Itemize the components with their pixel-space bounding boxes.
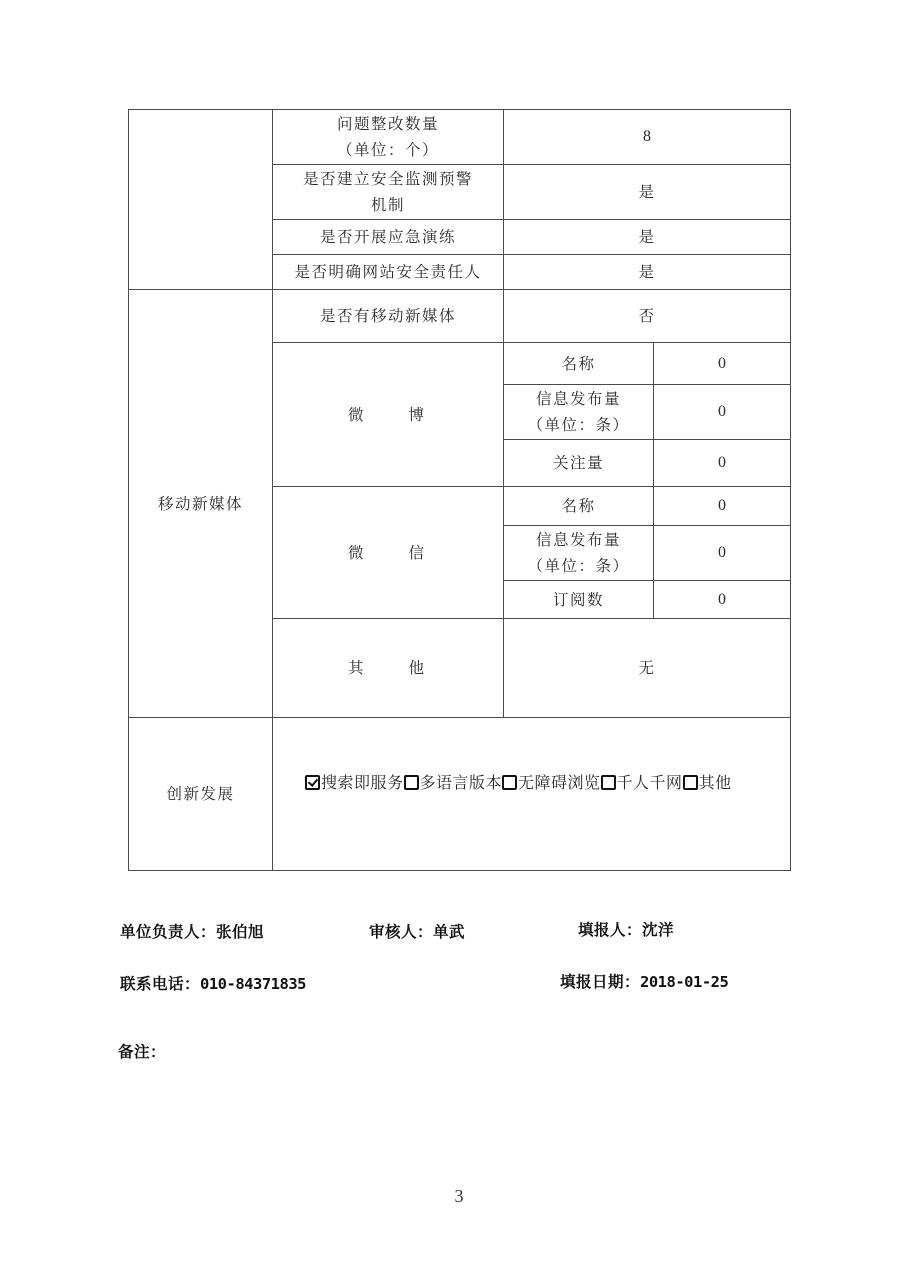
security-officer-label: 是否明确网站安全责任人 — [273, 255, 504, 290]
weibo-posts-value: 0 — [654, 385, 791, 440]
option-accessibility[interactable]: 无障碍浏览 — [502, 770, 601, 796]
mobile-media-category-cell: 移动新媒体 — [129, 290, 273, 718]
emergency-drill-label: 是否开展应急演练 — [273, 220, 504, 255]
weibo-name-value: 0 — [654, 343, 791, 385]
reviewer: 审核人：单武 — [369, 920, 465, 942]
contact-phone: 联系电话：010-84371835 — [120, 972, 306, 994]
option-personalized[interactable]: 千人千网 — [601, 770, 683, 796]
security-officer-value: 是 — [504, 255, 791, 290]
wechat-name-label: 名称 — [504, 487, 654, 526]
wechat-posts-value: 0 — [654, 526, 791, 581]
unit-head: 单位负责人：张伯旭 — [120, 920, 264, 942]
emergency-drill-value: 是 — [504, 220, 791, 255]
wechat-subscribers-label: 订阅数 — [504, 581, 654, 619]
weibo-followers-label: 关注量 — [504, 440, 654, 487]
table-row-issue-fix-count: 问题整改数量 （单位：个） 8 — [129, 110, 791, 165]
has-mobile-media-value: 否 — [504, 290, 791, 343]
checkbox-empty-icon[interactable] — [502, 775, 517, 790]
weibo-posts-label: 信息发布量 （单位：条） — [504, 385, 654, 440]
checkbox-empty-icon[interactable] — [404, 775, 419, 790]
weibo-label: 微 博 — [273, 343, 504, 487]
has-mobile-media-label: 是否有移动新媒体 — [273, 290, 504, 343]
page-number: 3 — [0, 1186, 900, 1207]
checkbox-empty-icon[interactable] — [601, 775, 616, 790]
table-row-innovation: 创新发展 搜索即服务多语言版本无障碍浏览千人千网其他 — [129, 718, 791, 871]
issue-fix-count-value: 8 — [504, 110, 791, 165]
wechat-subscribers-value: 0 — [654, 581, 791, 619]
security-monitoring-value: 是 — [504, 165, 791, 220]
innovation-options: 搜索即服务多语言版本无障碍浏览千人千网其他 — [273, 718, 791, 871]
filler: 填报人：沈洋 — [578, 918, 674, 940]
security-monitoring-label: 是否建立安全监测预警 机制 — [273, 165, 504, 220]
document-page: 问题整改数量 （单位：个） 8 是否建立安全监测预警 机制 是 是否开展应急演练… — [0, 0, 900, 1272]
option-multilingual[interactable]: 多语言版本 — [404, 770, 503, 796]
report-table: 问题整改数量 （单位：个） 8 是否建立安全监测预警 机制 是 是否开展应急演练… — [128, 109, 791, 871]
innovation-category-cell: 创新发展 — [129, 718, 273, 871]
other-media-value: 无 — [504, 619, 791, 718]
weibo-followers-value: 0 — [654, 440, 791, 487]
option-other[interactable]: 其他 — [683, 770, 732, 796]
checkbox-empty-icon[interactable] — [683, 775, 698, 790]
wechat-posts-label: 信息发布量 （单位：条） — [504, 526, 654, 581]
remarks-label: 备注： — [118, 1040, 166, 1062]
wechat-name-value: 0 — [654, 487, 791, 526]
table-row-has-mobile-media: 移动新媒体 是否有移动新媒体 否 — [129, 290, 791, 343]
checkbox-checked-icon[interactable] — [305, 775, 320, 790]
other-media-label: 其 他 — [273, 619, 504, 718]
fill-date: 填报日期：2018-01-25 — [560, 970, 728, 992]
issue-fix-count-label: 问题整改数量 （单位：个） — [273, 110, 504, 165]
weibo-name-label: 名称 — [504, 343, 654, 385]
security-category-cell — [129, 110, 273, 290]
option-search-as-service[interactable]: 搜索即服务 — [305, 770, 404, 796]
wechat-label: 微 信 — [273, 487, 504, 619]
